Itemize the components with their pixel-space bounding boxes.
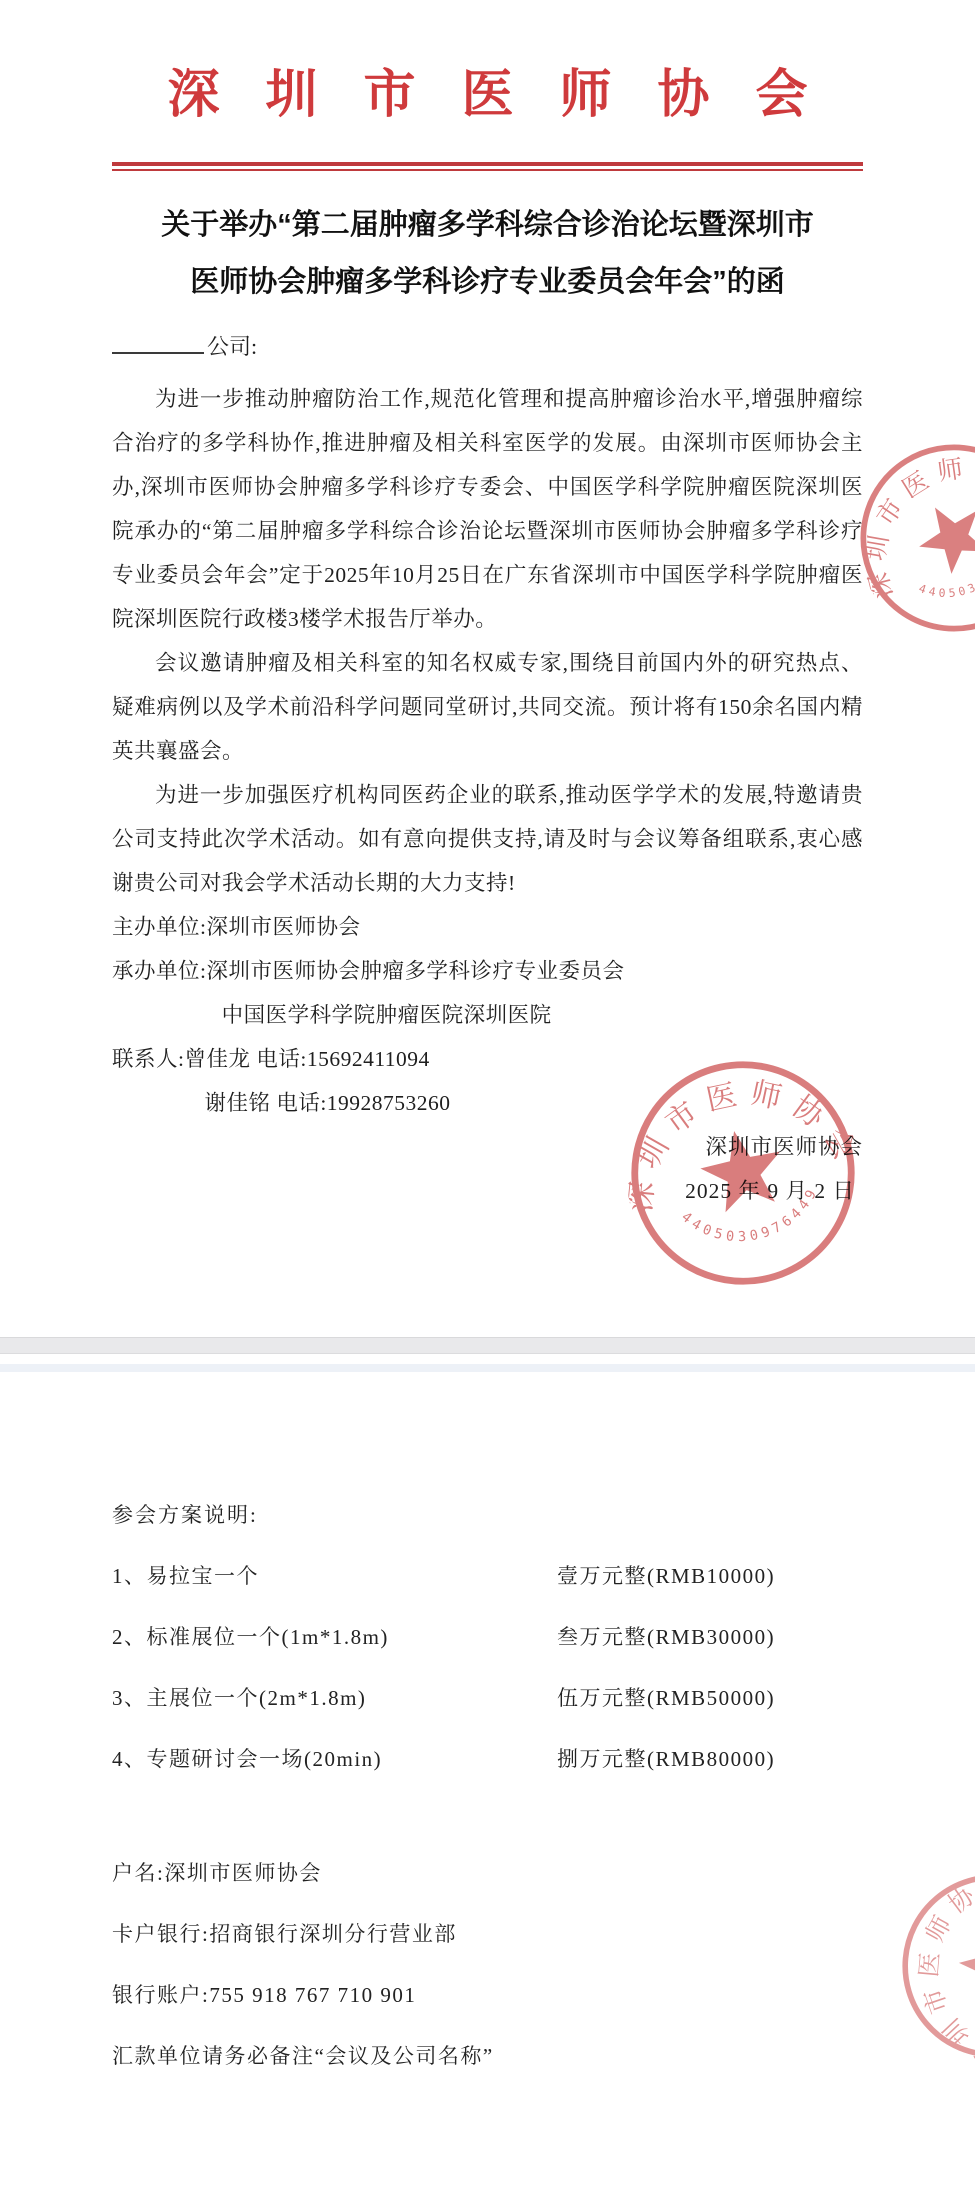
host-unit-line: 主办单位:深圳市医师协会 [112,905,863,949]
plan-item-price: 伍万元整(RMB50000) [557,1683,863,1713]
organizer-unit-line: 承办单位:深圳市医师协会肿瘤多学科诊疗专业委员会 [112,949,863,993]
letter-page-2: 参会方案说明: 1、易拉宝一个 壹万元整(RMB10000) 2、标准展位一个(… [0,1372,975,2211]
letter-paragraph-1: 为进一步推动肿瘤防治工作,规范化管理和提高肿瘤诊治水平,增强肿瘤综合治疗的多学科… [112,377,863,641]
plan-row-3: 3、主展位一个(2m*1.8m) 伍万元整(RMB50000) [112,1683,863,1713]
letter-body: 为进一步推动肿瘤防治工作,规范化管理和提高肿瘤诊治水平,增强肿瘤综合治疗的多学科… [112,377,863,1213]
plan-item-label: 2、标准展位一个(1m*1.8m) [112,1622,557,1652]
letter-title-line-1: 关于举办“第二届肿瘤多学科综合诊治论坛暨深圳市 [161,209,814,241]
letter-title: 关于举办“第二届肿瘤多学科综合诊治论坛暨深圳市 医师协会肿瘤多学科诊疗专业委员会… [112,197,863,311]
signature-date: 2025 年 9 月 2 日 [112,1169,863,1213]
letter-paragraph-2: 会议邀请肿瘤及相关科室的知名权威专家,围绕目前国内外的研究热点、疑难病例以及学术… [112,641,863,773]
plan-heading: 参会方案说明: [112,1372,863,1530]
page-separator-gap [0,1354,975,1364]
company-name-blank [112,330,204,354]
letterhead-org-name-text: 深圳市医师协会 [167,64,853,128]
official-seal-bottom-right [890,1862,975,2070]
plan-item-label: 3、主展位一个(2m*1.8m) [112,1683,557,1713]
letter-paragraph-3: 为进一步加强医疗机构同医药企业的联系,推动医学学术的发展,特邀请贵公司支持此次学… [112,773,863,905]
letterhead-org-name: 深圳市医师协会 [112,0,863,128]
salutation-line: 公司: [112,325,863,369]
letter-page-1: 深圳市医师协会 关于举办“第二届肿瘤多学科综合诊治论坛暨深圳市 医师协会肿瘤多学… [0,0,975,1337]
letter-title-line-2: 医师协会肿瘤多学科诊疗专业委员会年会”的函 [190,266,785,298]
page-separator-thin [0,1364,975,1372]
bank-name: 卡户银行:招商银行深圳分行营业部 [112,1919,863,1949]
document-scan: 深圳市医师协会 关于举办“第二届肿瘤多学科综合诊治论坛暨深圳市 医师协会肿瘤多学… [0,0,975,2211]
plan-item-price: 捌万元整(RMB80000) [557,1744,863,1774]
signature-org: 深圳市医师协会 [112,1125,863,1169]
bank-info-block: 户名:深圳市医师协会 卡户银行:招商银行深圳分行营业部 银行账户:755 918… [112,1858,863,2071]
plan-row-4: 4、专题研讨会一场(20min) 捌万元整(RMB80000) [112,1744,863,1774]
plan-item-label: 4、专题研讨会一场(20min) [112,1744,557,1774]
plan-row-2: 2、标准展位一个(1m*1.8m) 叁万元整(RMB30000) [112,1622,863,1652]
plan-row-1: 1、易拉宝一个 壹万元整(RMB10000) [112,1561,863,1591]
plan-item-price: 壹万元整(RMB10000) [557,1561,863,1591]
letterhead-divider [112,162,863,171]
contact-line-2: 谢佳铭 电话:19928753260 [112,1081,863,1125]
contact-line-1: 联系人:曾佳龙 电话:15692411094 [112,1037,863,1081]
salutation-text: 公司: [207,334,257,359]
bank-account-name: 户名:深圳市医师协会 [112,1858,863,1888]
plan-item-price: 叁万元整(RMB30000) [557,1622,863,1652]
page-separator-bar [0,1337,975,1354]
bank-remark: 汇款单位请务必备注“会议及公司名称” [112,2041,863,2071]
bank-account-number: 银行账户:755 918 767 710 901 [112,1980,863,2010]
organizer-unit-line-2: 中国医学科学院肿瘤医院深圳医院 [112,993,863,1037]
plan-item-label: 1、易拉宝一个 [112,1561,557,1591]
